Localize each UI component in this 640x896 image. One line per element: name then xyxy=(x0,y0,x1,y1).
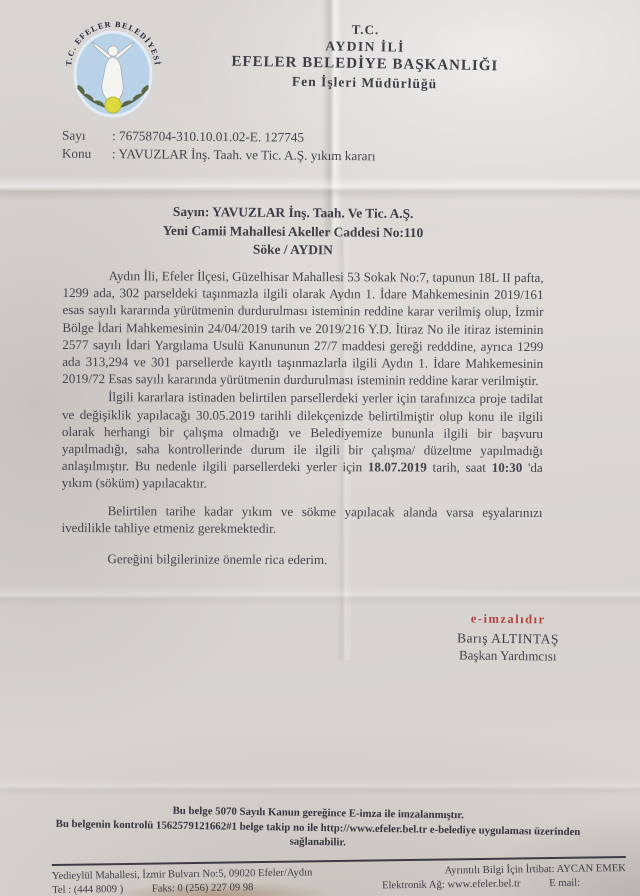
e-signature-stamp: e-imzalıdır xyxy=(410,611,606,628)
signatory-title: Başkan Yardımcısı xyxy=(410,647,606,665)
signatory-name: Barış ALTINTAŞ xyxy=(410,630,606,648)
paper-crease-horizontal xyxy=(0,586,640,606)
demolition-date: 18.07.2019 xyxy=(368,460,427,475)
footer-web: Elektronik Ağ: www.efeler.bel.tr xyxy=(382,878,521,891)
body-paragraph-3: Belirtilen tarihe kadar yıkım ve sökme y… xyxy=(61,502,542,539)
demolition-time: 10:30 xyxy=(492,460,523,475)
paper-crease-horizontal xyxy=(0,778,640,796)
footer-contact-person: Ayrıntılı Bilgi İçin İrtibat: AYCAN EMEK xyxy=(444,862,626,878)
footer-web-email: Elektronik Ağ: www.efeler.bel.tr E mail: xyxy=(382,876,580,892)
footer-tel-fax: Tel : (444 8009 ) Faks: 0 (256) 227 09 9… xyxy=(52,881,253,896)
konu-value: : YAVUZLAR İnş. Taah. ve Tic. A.Ş. yıkım… xyxy=(112,145,376,165)
municipality-seal-logo: T.C. EFELER BELEDİYESİ xyxy=(58,12,168,122)
sayi-label: Sayı xyxy=(62,127,112,145)
letter-body: Aydın İli, Efeler İlçesi, Güzelhisar Mah… xyxy=(61,267,543,569)
paper-crease-horizontal xyxy=(0,176,640,200)
paragraph-2-mid: tarih, saat xyxy=(427,460,492,475)
closing-sentence: Gereğini bilgilerinize önemle rica ederi… xyxy=(61,550,542,569)
footer-fax: Faks: 0 (256) 227 09 98 xyxy=(152,882,254,894)
konu-label: Konu xyxy=(62,144,112,162)
konu-row: Konu : YAVUZLAR İnş. Taah. ve Tic. A.Ş. … xyxy=(62,144,376,164)
letterhead: T.C. AYDIN İLİ EFELER BELEDİYE BAŞKANLIĞ… xyxy=(182,19,547,94)
body-paragraph-2: İlgili kararlara istinaden belirtilen pa… xyxy=(62,388,543,493)
footer-email: E mail: xyxy=(549,877,580,888)
scanned-letter-page: T.C. EFELER BELEDİYESİ xyxy=(0,0,640,896)
reference-block: Sayı : 76758704-310.10.01.02-E. 127745 K… xyxy=(62,127,376,165)
body-paragraph-1: Aydın İli, Efeler İlçesi, Güzelhisar Mah… xyxy=(62,267,544,390)
recipient-city: Söke / AYDIN xyxy=(73,239,513,261)
sayi-value: : 76758704-310.10.01.02-E. 127745 xyxy=(112,127,304,146)
recipient-block: Sayın: YAVUZLAR İnş. Taah. Ve Tic. A.Ş. … xyxy=(73,202,513,261)
seal-fruit xyxy=(105,97,121,113)
seal-graphic: T.C. EFELER BELEDİYESİ xyxy=(58,12,168,122)
legal-notice: Bu belge 5070 Sayılı Kanun gereğince E-i… xyxy=(30,801,607,854)
footer-tel: Tel : (444 8009 ) xyxy=(52,884,123,896)
footer-contact: Yedieylül Mahallesi, İzmir Bulvarı No:5,… xyxy=(52,856,626,896)
signature-block: e-imzalıdır Barış ALTINTAŞ Başkan Yardım… xyxy=(410,611,607,665)
